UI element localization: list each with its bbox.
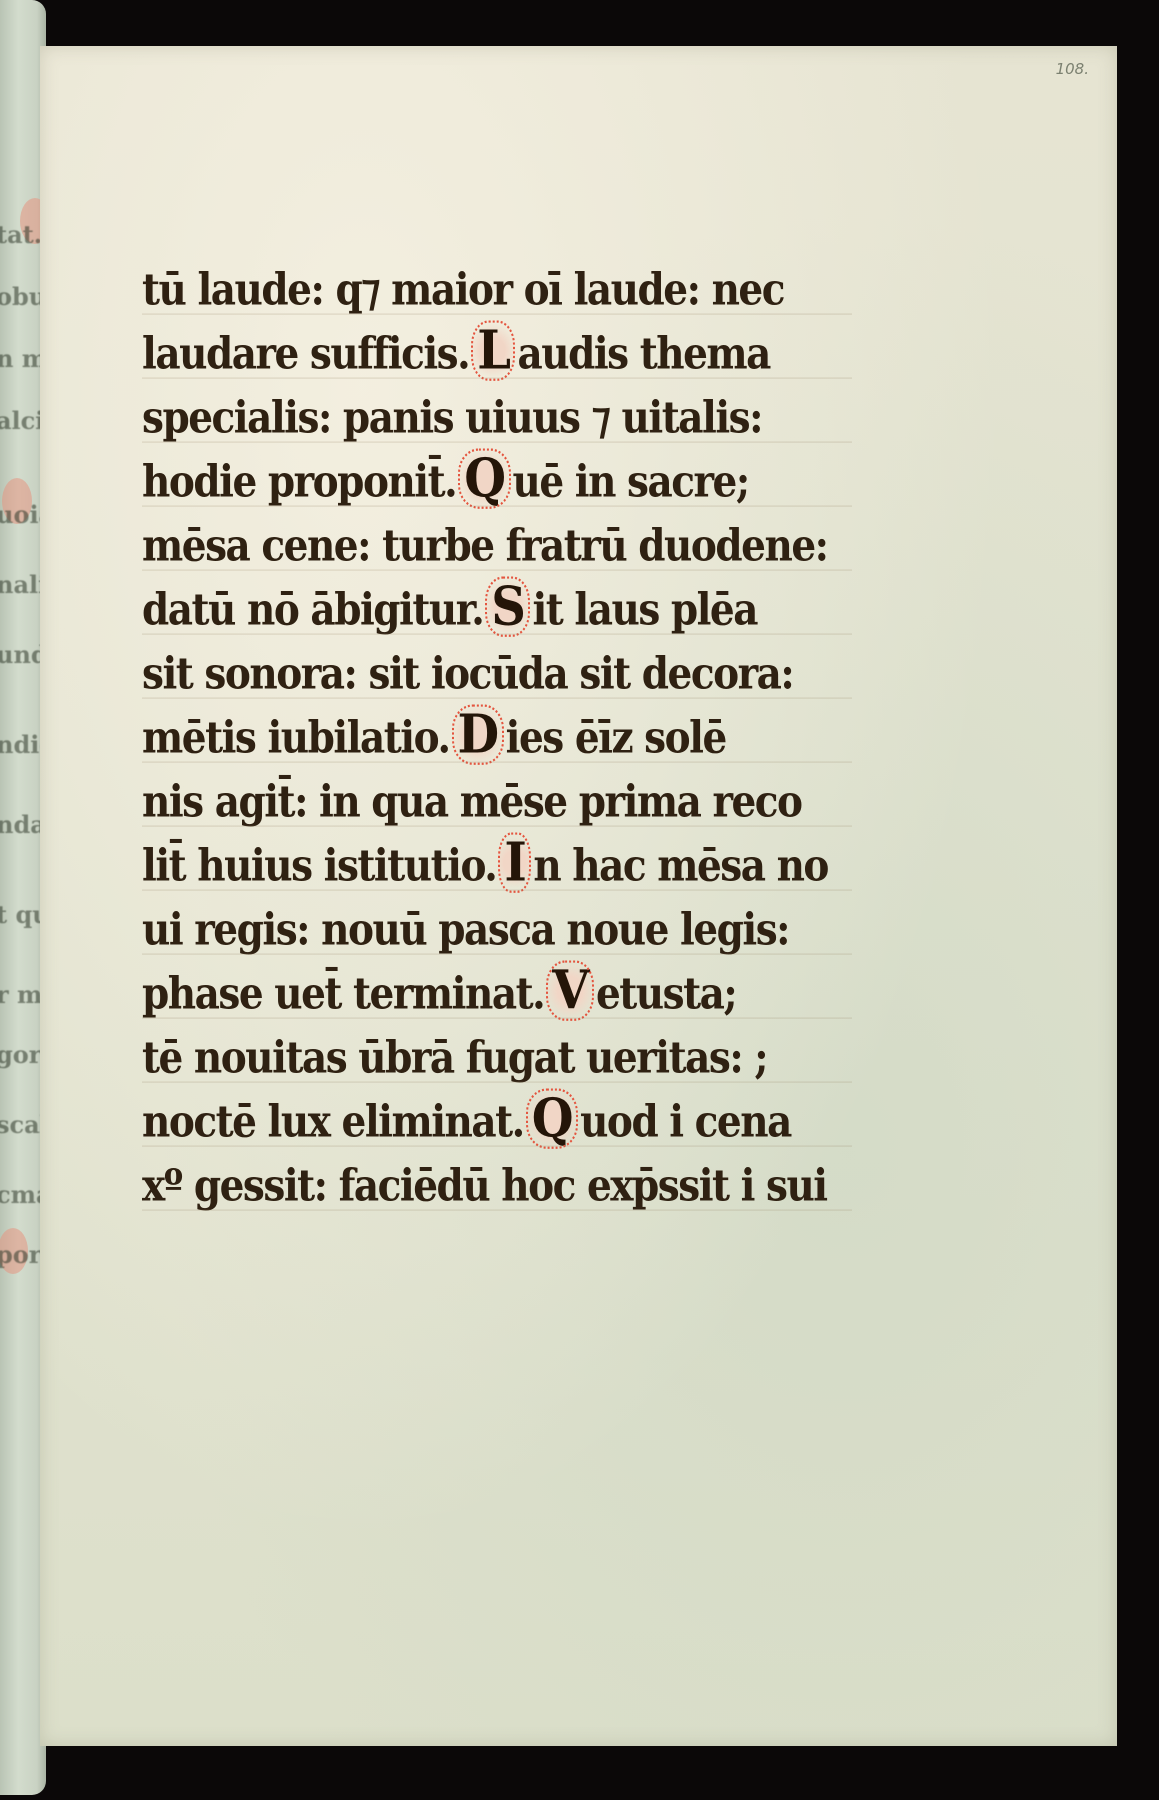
decorated-initial: L	[471, 320, 515, 380]
line-text: n hac mēsa no	[533, 840, 828, 892]
decorated-initial: D	[452, 704, 504, 764]
line-text: noctē lux eliminat.	[142, 1096, 524, 1148]
text-line: ui regis: nouū pasca noue legis:	[142, 894, 842, 966]
manuscript-recto-page: 108. tū laude: q⁊ maior oī laude: nec la…	[40, 46, 1117, 1746]
line-text: nis agit̄: in qua mēse prima reco	[142, 776, 802, 828]
line-text: laudare sufficis.	[142, 328, 469, 380]
text-line: noctē lux eliminat.Quod i cena	[142, 1086, 842, 1158]
line-text: uod i cena	[580, 1096, 791, 1148]
line-text: mēsa cene: turbe fratrū duodene:	[142, 520, 828, 572]
decorated-initial: V	[546, 960, 594, 1020]
line-text: tū laude: q⁊ maior oī laude: nec	[142, 264, 784, 316]
line-text: lit̄ huius istitutio.	[142, 840, 496, 892]
line-text: sit sonora: sit iocūda sit decora:	[142, 648, 793, 700]
text-line: mēsa cene: turbe fratrū duodene:	[142, 510, 842, 582]
line-text: specialis: panis uiuus ⁊ uitalis:	[142, 392, 762, 444]
line-text: uē in sacre;	[513, 456, 749, 508]
text-line: hodie proponit̄.Quē in sacre;	[142, 446, 842, 518]
text-block: tū laude: q⁊ maior oī laude: nec laudare…	[142, 258, 842, 1218]
decorated-initial: I	[498, 832, 531, 892]
text-line: tū laude: q⁊ maior oī laude: nec	[142, 254, 842, 326]
text-line: xº gessit: faciēdū hoc exp̄ssit i sui	[142, 1150, 842, 1222]
line-text: ui regis: nouū pasca noue legis:	[142, 904, 789, 956]
line-text: datū nō ābigitur.	[142, 584, 483, 636]
decorated-initial: S	[485, 576, 530, 636]
line-text: xº gessit: faciēdū hoc exp̄ssit i sui	[142, 1160, 827, 1212]
folio-number: 108.	[1056, 60, 1089, 78]
text-line: specialis: panis uiuus ⁊ uitalis:	[142, 382, 842, 454]
line-text: phase uet̄ terminat.	[142, 968, 544, 1020]
line-text: audis thema	[517, 328, 769, 380]
decorated-initial: Q	[526, 1088, 578, 1148]
text-line: phase uet̄ terminat.Vetusta;	[142, 958, 842, 1030]
line-text: hodie proponit̄.	[142, 456, 456, 508]
text-line: laudare sufficis.Laudis thema	[142, 318, 842, 390]
line-text: tē nouitas ūbrā fugat ueritas: ;	[142, 1032, 767, 1084]
text-line: sit sonora: sit iocūda sit decora:	[142, 638, 842, 710]
decorated-initial: Q	[458, 448, 510, 508]
line-text: ies ēīz solē	[506, 712, 726, 764]
text-line: mētis iubilatio.Dies ēīz solē	[142, 702, 842, 774]
text-line: nis agit̄: in qua mēse prima reco	[142, 766, 842, 838]
text-line: lit̄ huius istitutio.In hac mēsa no	[142, 830, 842, 902]
text-line: tē nouitas ūbrā fugat ueritas: ;	[142, 1022, 842, 1094]
line-text: it laus plēa	[532, 584, 757, 636]
text-line: datū nō ābigitur.Sit laus plēa	[142, 574, 842, 646]
line-text: etusta;	[596, 968, 736, 1020]
line-text: mētis iubilatio.	[142, 712, 450, 764]
